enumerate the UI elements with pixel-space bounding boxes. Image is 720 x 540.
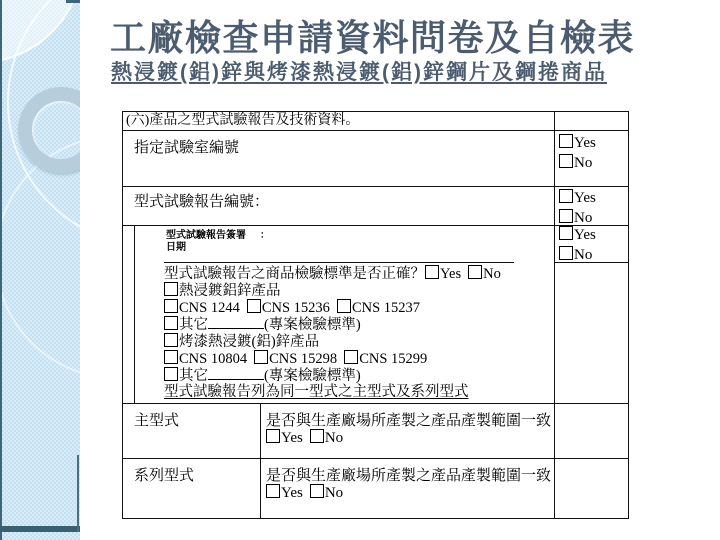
main-type-yesno: YesNo bbox=[266, 429, 343, 447]
cns-option[interactable]: CNS 15299 bbox=[344, 351, 427, 367]
table-hline-4 bbox=[123, 403, 555, 404]
cns-checkbox[interactable] bbox=[344, 350, 358, 364]
yes-label: Yes bbox=[440, 266, 461, 282]
no-label: No bbox=[574, 247, 592, 263]
main-type-question: 是否與生產廠場所產製之產品產製範圍一致 bbox=[266, 409, 551, 430]
report-no-yes[interactable]: Yes bbox=[559, 189, 596, 207]
right-col-hline-5 bbox=[554, 403, 628, 404]
yes-label: Yes bbox=[574, 227, 596, 243]
no-checkbox[interactable] bbox=[468, 265, 482, 279]
yes-checkbox[interactable] bbox=[266, 429, 280, 443]
form-table: (六)產品之型式試驗報告及技術資料。 指定試驗室編號 Yes No 型式試驗報告… bbox=[122, 111, 629, 519]
standards-no[interactable]: No bbox=[468, 266, 501, 282]
no-checkbox[interactable] bbox=[310, 484, 324, 498]
panel-top-dash bbox=[66, 0, 80, 3]
cns-label: CNS 15299 bbox=[359, 351, 427, 367]
standards-footer-line: 型式試驗報告列為同一型式之主型式及系列型式 bbox=[164, 384, 552, 401]
group2-title: 烤漆熱浸鍍(鋁)鋅產品 bbox=[179, 334, 319, 350]
standards-section: 型式試驗報告之商品檢驗標準是否正確？YesNo 熱浸鍍鋁鋅產品 CNS 1244… bbox=[164, 265, 552, 401]
other-blank-field[interactable] bbox=[208, 367, 264, 380]
panel-bottom-edge-line bbox=[0, 526, 80, 532]
group2-checkbox[interactable] bbox=[164, 333, 178, 347]
standards-question: 型式試驗報告之商品檢驗標準是否正確？ bbox=[164, 266, 425, 282]
report-sign-yes[interactable]: Yes bbox=[559, 226, 596, 244]
other-blank-field[interactable] bbox=[208, 316, 264, 329]
cns-option[interactable]: CNS 10804 bbox=[164, 351, 247, 367]
group1-cns-line: CNS 1244CNS 15236CNS 15237 bbox=[164, 299, 552, 316]
yes-label: Yes bbox=[574, 135, 596, 151]
yes-checkbox[interactable] bbox=[266, 484, 280, 498]
main-type-yes[interactable]: Yes bbox=[266, 430, 303, 446]
designated-lab-label: 指定試驗室編號 bbox=[134, 136, 239, 157]
no-label: No bbox=[325, 430, 343, 446]
no-label: No bbox=[483, 266, 501, 282]
cns-label: CNS 15236 bbox=[262, 300, 330, 316]
standards-question-line: 型式試驗報告之商品檢驗標準是否正確？YesNo bbox=[164, 265, 552, 282]
no-checkbox[interactable] bbox=[310, 429, 324, 443]
no-checkbox[interactable] bbox=[559, 246, 573, 260]
other-label: 其它 bbox=[179, 317, 208, 333]
cns-checkbox[interactable] bbox=[247, 299, 261, 313]
yes-checkbox[interactable] bbox=[559, 134, 573, 148]
standards-yes[interactable]: Yes bbox=[425, 266, 461, 282]
yes-checkbox[interactable] bbox=[559, 226, 573, 240]
cns-option[interactable]: CNS 1244 bbox=[164, 300, 240, 316]
other-note: (專案檢驗標準) bbox=[264, 368, 361, 384]
report-sign-no[interactable]: No bbox=[559, 246, 592, 264]
cns-label: CNS 10804 bbox=[179, 351, 247, 367]
other-checkbox[interactable] bbox=[164, 367, 178, 381]
yes-checkbox[interactable] bbox=[559, 189, 573, 203]
table-hline-1 bbox=[123, 130, 555, 131]
series-type-label: 系列型式 bbox=[134, 464, 194, 485]
cns-checkbox[interactable] bbox=[337, 299, 351, 313]
cns-checkbox[interactable] bbox=[164, 299, 178, 313]
panel-right-edge-line bbox=[77, 455, 79, 532]
report-no-no[interactable]: No bbox=[559, 209, 592, 227]
other-note: (專案檢驗標準) bbox=[264, 317, 361, 333]
series-type-yesno: YesNo bbox=[266, 484, 343, 502]
cns-label: CNS 1244 bbox=[179, 300, 240, 316]
yes-label: Yes bbox=[574, 190, 596, 206]
no-label: No bbox=[325, 485, 343, 501]
right-col-hline-6 bbox=[554, 458, 628, 459]
report-date-label: 日期 bbox=[166, 238, 186, 253]
group2-title-line[interactable]: 烤漆熱浸鍍(鋁)鋅產品 bbox=[164, 333, 552, 350]
designated-lab-yes[interactable]: Yes bbox=[559, 134, 596, 152]
no-checkbox[interactable] bbox=[559, 154, 573, 168]
no-checkbox[interactable] bbox=[559, 209, 573, 223]
slide-title: 工廠檢查申請資料問卷及自檢表 bbox=[110, 10, 635, 61]
group2-cns-line: CNS 10804CNS 15298CNS 15299 bbox=[164, 350, 552, 367]
group1-other-line[interactable]: 其它(專案檢驗標準) bbox=[164, 316, 552, 333]
presentation-slide: 工廠檢查申請資料問卷及自檢表 熱浸鍍(鋁)鋅與烤漆熱浸鍍(鋁)鋅鋼片及鋼捲商品 … bbox=[0, 0, 720, 540]
right-col-hline-1 bbox=[554, 130, 628, 131]
yes-label: Yes bbox=[281, 485, 303, 501]
main-type-label: 主型式 bbox=[134, 409, 179, 430]
section-header: (六)產品之型式試驗報告及技術資料。 bbox=[126, 112, 359, 130]
table-hline-partial bbox=[164, 262, 514, 263]
yes-checkbox[interactable] bbox=[425, 265, 439, 279]
series-type-yes[interactable]: Yes bbox=[266, 485, 303, 501]
no-label: No bbox=[574, 155, 592, 171]
group1-title-line[interactable]: 熱浸鍍鋁鋅產品 bbox=[164, 282, 552, 299]
report-no-label: 型式試驗報告編號： bbox=[134, 190, 269, 211]
panel-left-edge-line bbox=[0, 0, 2, 540]
designated-lab-no[interactable]: No bbox=[559, 154, 592, 172]
series-type-question: 是否與生產廠場所產製之產品產製範圍一致 bbox=[266, 464, 551, 485]
series-type-no[interactable]: No bbox=[310, 485, 343, 501]
other-label: 其它 bbox=[179, 368, 208, 384]
main-type-no[interactable]: No bbox=[310, 430, 343, 446]
table-hline-2 bbox=[123, 186, 555, 187]
nested-vline bbox=[134, 225, 135, 403]
no-label: No bbox=[574, 210, 592, 226]
type-rows-vline bbox=[260, 403, 261, 518]
other-checkbox[interactable] bbox=[164, 316, 178, 330]
table-hline-5 bbox=[123, 458, 555, 459]
cns-checkbox[interactable] bbox=[254, 350, 268, 364]
group1-checkbox[interactable] bbox=[164, 282, 178, 296]
cns-option[interactable]: CNS 15236 bbox=[247, 300, 330, 316]
group1-title: 熱浸鍍鋁鋅產品 bbox=[179, 283, 281, 299]
yes-label: Yes bbox=[281, 430, 303, 446]
cns-option[interactable]: CNS 15298 bbox=[254, 351, 337, 367]
group2-other-line[interactable]: 其它(專案檢驗標準) bbox=[164, 367, 552, 384]
cns-checkbox[interactable] bbox=[164, 350, 178, 364]
slide-subtitle: 熱浸鍍(鋁)鋅與烤漆熱浸鍍(鋁)鋅鋼片及鋼捲商品 bbox=[111, 56, 607, 86]
decorative-side-panel bbox=[0, 0, 80, 540]
right-col-hline-2 bbox=[554, 186, 628, 187]
cns-option[interactable]: CNS 15237 bbox=[337, 300, 420, 316]
report-sign-colon: ： bbox=[260, 230, 270, 241]
cns-label: CNS 15237 bbox=[352, 300, 420, 316]
cns-label: CNS 15298 bbox=[269, 351, 337, 367]
